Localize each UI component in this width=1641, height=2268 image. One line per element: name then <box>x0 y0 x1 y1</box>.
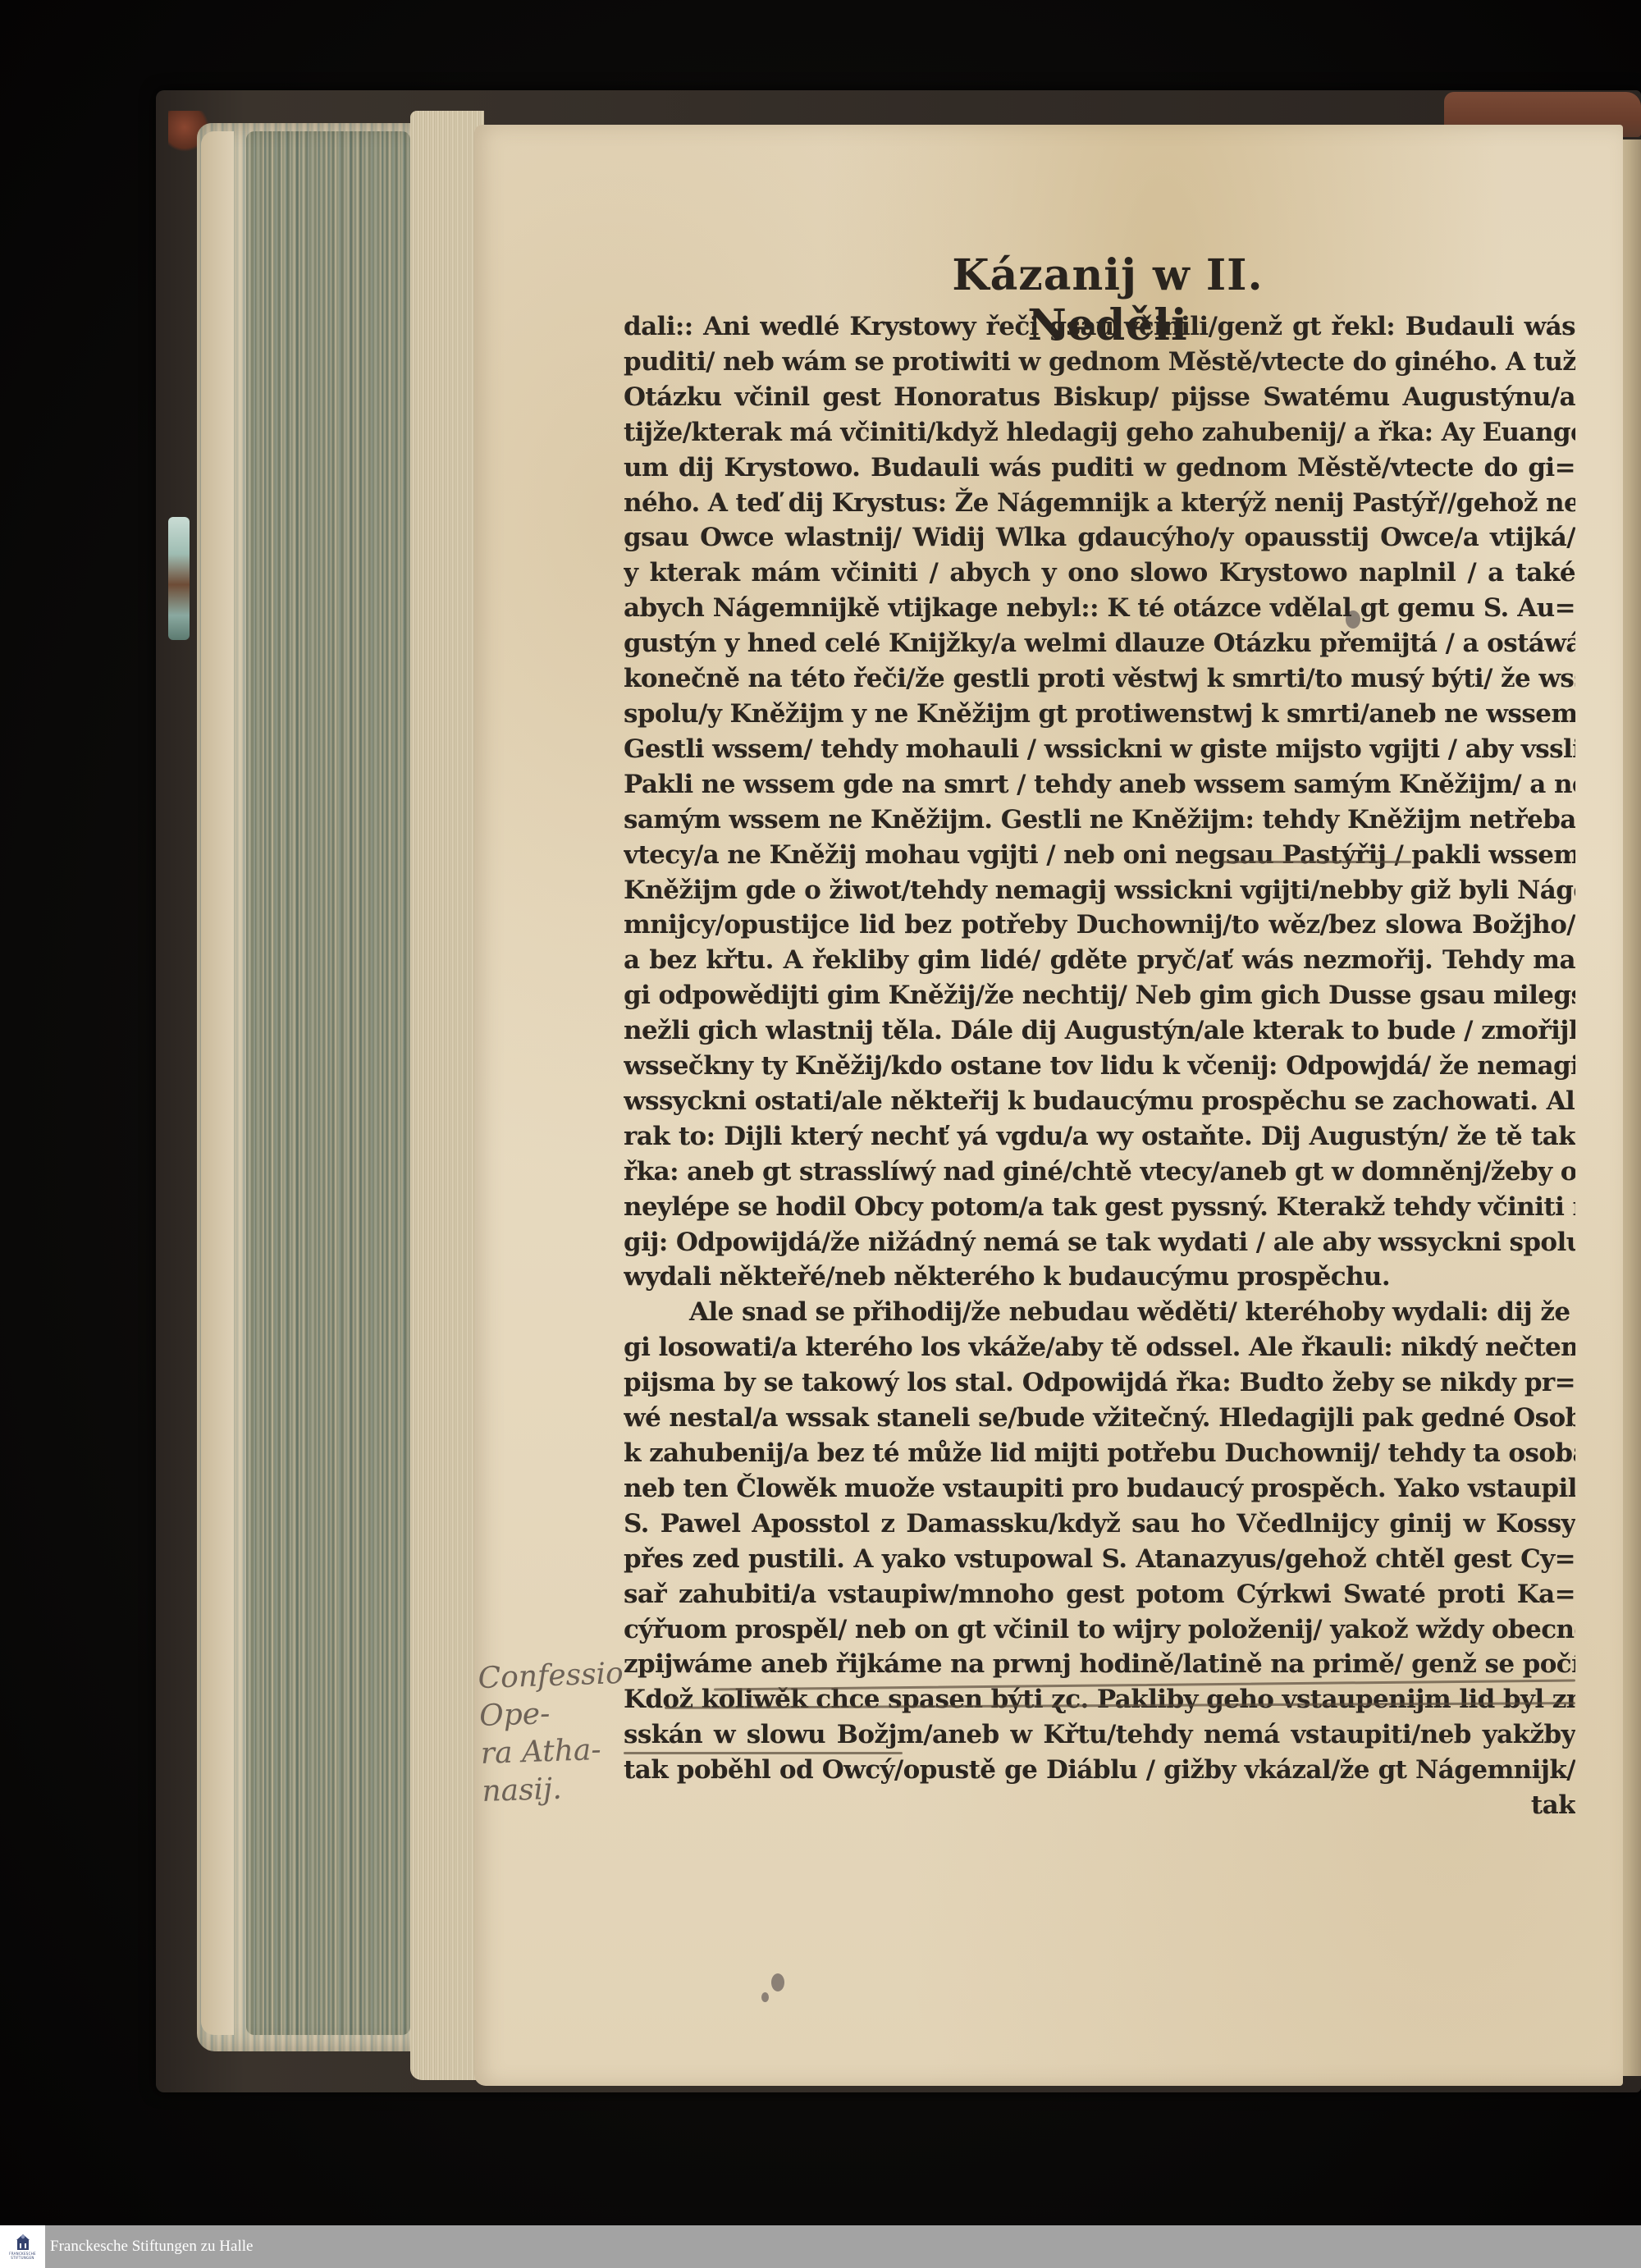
text-line: nežli gich wlastnij těla. Dále dij Augus… <box>624 1013 1575 1049</box>
text-line: sskán w slowu Božjm/aneb w Křtu/tehdy ne… <box>624 1717 1575 1753</box>
text-line: y kterak mám včiniti / abych y ono slowo… <box>624 556 1575 591</box>
text-line: um dij Krystowo. Budauli wás puditi w ge… <box>624 450 1575 486</box>
inner-page-stack <box>410 111 484 2080</box>
text-line: řka: aneb gt strasslíwý nad giné/chtě vt… <box>624 1155 1575 1190</box>
footer-bar: FRANCKESCHE STIFTUNGEN Franckesche Stift… <box>0 2225 1641 2268</box>
text-line: Pakli ne wssem gde na smrt / tehdy aneb … <box>624 767 1575 802</box>
text-line: gi losowati/a kterého los vkáže/aby tě o… <box>624 1330 1575 1365</box>
text-line: zpijwáme aneb řijkáme na prwnj hodině/la… <box>624 1647 1575 1682</box>
ink-stain <box>761 1992 769 2002</box>
text-line: sař zahubiti/a vstaupiw/mnoho gest potom… <box>624 1577 1575 1612</box>
text-line: ného. A teď dij Krystus: Že Nágemnijk a … <box>624 486 1575 521</box>
handwritten-underline <box>624 1752 903 1754</box>
text-line: Kněžijm gde o žiwot/tehdy nemagij wssick… <box>624 873 1575 908</box>
flyleaf-edge <box>201 131 234 2035</box>
body-text: dali:: Ani wedlé Krystowy řeči gsau včin… <box>624 309 1575 1823</box>
handwritten-underline <box>1223 861 1411 863</box>
text-line: wssečkny ty Kněžij/kdo ostane tov lidu k… <box>624 1049 1575 1084</box>
ink-stain <box>771 1973 784 1991</box>
text-line: tak poběhl od Owcý/opustě ge Diáblu / gi… <box>624 1753 1575 1788</box>
text-line: neb ten Člowěk muože vstaupiti pro budau… <box>624 1471 1575 1507</box>
marginal-note-line: Confessio <box>478 1655 622 1698</box>
text-line: wé nestal/a wssak staneli se/bude vžiteč… <box>624 1401 1575 1436</box>
text-line: spolu/y Kněžijm y ne Kněžijm gt protiwen… <box>624 697 1575 732</box>
marginal-note: ConfessioOpe-ra Atha-nasij. <box>478 1655 626 1811</box>
text-line: cýřuom prospěl/ neb on gt včinil to wijr… <box>624 1612 1575 1648</box>
logo-text-line2: STIFTUNGEN <box>9 2256 36 2260</box>
footer-logo[interactable]: FRANCKESCHE STIFTUNGEN <box>0 2225 45 2268</box>
catchword: tak <box>624 1788 1575 1823</box>
text-line: gsau Owce wlastnij/ Widij Wlka gdaucýho/… <box>624 520 1575 556</box>
text-line: Ale snad se přihodij/že nebudau wěděti/ … <box>624 1295 1575 1330</box>
text-line: neylépe se hodil Obcy potom/a tak gest p… <box>624 1190 1575 1225</box>
text-line: Otázku včinil gest Honoratus Biskup/ pij… <box>624 380 1575 415</box>
green-edge-staining <box>246 131 410 2035</box>
text-line: tijže/kterak má včiniti/když hledagij ge… <box>624 415 1575 450</box>
text-line: mnijcy/opustijce lid bez potřeby Duchown… <box>624 908 1575 943</box>
text-line: rak to: Dijli který nechť yá vgdu/a wy o… <box>624 1119 1575 1155</box>
text-line: a bez křtu. A řekliby gim lidé/ gděte pr… <box>624 943 1575 978</box>
text-line: puditi/ neb wám se protiwiti w gednom Mě… <box>624 345 1575 380</box>
text-line: dali:: Ani wedlé Krystowy řeči gsau včin… <box>624 309 1575 345</box>
clasp-remnant <box>168 517 190 640</box>
marginal-note-line: nasij. <box>482 1768 626 1811</box>
text-line: vtecy/a ne Kněžij mohau vgijti / neb oni… <box>624 838 1575 873</box>
text-line: Gestli wssem/ tehdy mohauli / wssickni w… <box>624 732 1575 767</box>
text-line: gi odpowědijti gim Kněžij/že nechtij/ Ne… <box>624 978 1575 1013</box>
text-line: abych Nágemnijkě vtijkage nebyl:: K té o… <box>624 591 1575 626</box>
text-line: samým wssem ne Kněžijm. Gestli ne Kněžij… <box>624 802 1575 838</box>
text-line: pijsma by se takowý los stal. Odpowijdá … <box>624 1365 1575 1401</box>
text-line: wssyckni ostati/ale někteřij k budaucýmu… <box>624 1084 1575 1119</box>
text-line: k zahubenij/a bez té může lid mijti potř… <box>624 1436 1575 1471</box>
text-line: přes zed pustili. A yako vstupowal S. At… <box>624 1542 1575 1577</box>
marginal-note-line: Ope- <box>478 1693 623 1735</box>
institution-building-icon <box>16 2234 30 2252</box>
text-line: gustýn y hned celé Knijžky/a welmi dlauz… <box>624 626 1575 661</box>
institution-name: Franckesche Stiftungen zu Halle <box>50 2238 253 2256</box>
text-line: konečně na této řeči/že gestli proti věs… <box>624 661 1575 697</box>
logo-text: FRANCKESCHE STIFTUNGEN <box>9 2252 36 2260</box>
text-line: gij: Odpowijdá/že nižádný nemá se tak wy… <box>624 1225 1575 1260</box>
marginal-note-line: ra Atha- <box>480 1731 624 1773</box>
text-line: wydali někteřé/neb některého k budaucýmu… <box>624 1260 1575 1295</box>
text-line: S. Pawel Aposstol z Damassku/když sau ho… <box>624 1507 1575 1542</box>
